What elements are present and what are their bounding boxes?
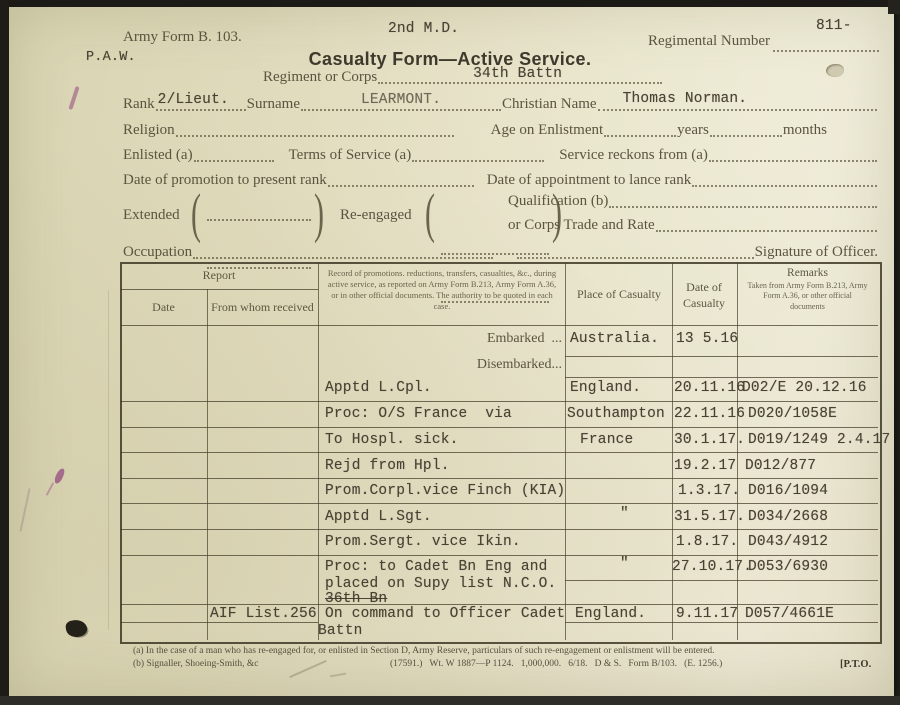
corps-trade-label: or Corps Trade and Rate bbox=[508, 217, 655, 234]
service-reckons-fill bbox=[709, 147, 877, 162]
row-5-record: Rejd from Hpl. bbox=[325, 458, 450, 474]
row-2-record: Apptd L.Cpl. bbox=[325, 380, 432, 396]
scan-corner-notch bbox=[888, 0, 900, 14]
crease-line bbox=[108, 290, 109, 630]
row-6-date: 1.3.17. bbox=[678, 483, 740, 499]
casualty-date-header: Date of Casualty bbox=[676, 280, 732, 311]
row-12-remarks: D057/4661E bbox=[745, 606, 834, 622]
remarks-header: Remarks bbox=[737, 267, 878, 279]
regimental-number-value: 811- bbox=[816, 18, 852, 34]
row-11-record-struck: 36th Bn bbox=[325, 591, 387, 607]
years-fill bbox=[710, 122, 782, 137]
signature-fill bbox=[517, 244, 753, 259]
row-rule bbox=[120, 622, 318, 623]
row-3-date: 22.11.16 bbox=[674, 406, 745, 422]
christian-name-label: Christian Name bbox=[502, 96, 597, 113]
regimental-number-label: Regimental Number bbox=[648, 33, 770, 50]
row-2-place: England. bbox=[570, 380, 641, 396]
signature-label: Signature of Officer. bbox=[755, 244, 878, 261]
extended-brace-close: ) bbox=[314, 184, 324, 247]
place-header: Place of Casualty bbox=[567, 287, 671, 302]
regiment-value: 34th Battn bbox=[473, 66, 562, 82]
row-rule bbox=[565, 580, 878, 581]
row-rule bbox=[565, 356, 878, 357]
extended-fill-top bbox=[207, 206, 311, 221]
enlisted-fill bbox=[194, 147, 274, 162]
row-10-record: placed on Supy list N.C.O. bbox=[325, 576, 556, 592]
row-13-record: Battn bbox=[318, 623, 363, 639]
row-3-record: Proc: O/S France via bbox=[325, 406, 512, 422]
row-rule bbox=[120, 555, 878, 556]
row-7-place: " bbox=[620, 506, 629, 522]
scan-edge-top bbox=[0, 0, 900, 7]
form-number: Army Form B. 103. bbox=[123, 29, 242, 46]
col-divider-date-remarks bbox=[737, 262, 738, 640]
occupation-fill bbox=[193, 244, 493, 259]
row-rule bbox=[120, 529, 878, 530]
christian-name-value: Thomas Norman. bbox=[623, 91, 748, 107]
row-4-date: 30.1.17. bbox=[674, 432, 745, 448]
row-5-date: 19.2.17 bbox=[674, 458, 736, 474]
row-rule bbox=[120, 427, 878, 428]
terms-label: Terms of Service (a) bbox=[289, 147, 412, 164]
col-divider-date-from bbox=[207, 289, 208, 640]
record-header: Record of promotions. reductions, transf… bbox=[326, 268, 558, 312]
promotion-fill bbox=[328, 172, 474, 187]
footnote-a: (a) In the case of a man who has re-enga… bbox=[133, 646, 873, 656]
footnote-b: (b) Signaller, Shoeing-Smith, &c bbox=[133, 659, 258, 669]
corps-trade-line: or Corps Trade and Rate bbox=[508, 217, 878, 234]
surname-fill: LEARMONT. bbox=[301, 96, 501, 111]
extended-label: Extended bbox=[123, 207, 180, 224]
report-header: Report bbox=[120, 268, 318, 283]
christian-name-fill: Thomas Norman. bbox=[598, 96, 877, 111]
row-4-record: To Hospl. sick. bbox=[325, 432, 459, 448]
row-3-place: Southampton bbox=[567, 406, 665, 422]
scan-edge-bottom bbox=[0, 696, 900, 705]
row-6-record: Prom.Corpl.vice Finch (KIA) bbox=[325, 483, 565, 499]
printer-imprint: (17591.) Wt. W 1887—P 1124. 1,000,000. 6… bbox=[390, 659, 722, 669]
row-6-remarks: D016/1094 bbox=[748, 483, 828, 499]
regiment-fill: 34th Battn bbox=[378, 69, 662, 84]
rank-label: Rank bbox=[123, 96, 155, 113]
religion-line: Religion Age on Enlistment years months bbox=[123, 122, 878, 139]
scan-edge-left bbox=[0, 0, 9, 705]
religion-fill bbox=[176, 122, 454, 137]
rank-line: Rank 2/Lieut. Surname LEARMONT. Christia… bbox=[123, 96, 878, 113]
religion-label: Religion bbox=[123, 122, 175, 139]
table-header-bottom-rule bbox=[120, 325, 878, 326]
occupation-label: Occupation bbox=[123, 244, 192, 261]
row-8-record: Prom.Sergt. vice Ikin. bbox=[325, 534, 521, 550]
months-label: months bbox=[783, 122, 827, 139]
row-9-date: 27.10.17. bbox=[672, 559, 752, 575]
surname-value: LEARMONT. bbox=[361, 92, 441, 108]
enlisted-label: Enlisted (a) bbox=[123, 147, 193, 164]
page-title: Casualty Form—Active Service. bbox=[0, 49, 900, 70]
row-7-date: 31.5.17. bbox=[674, 509, 745, 525]
rank-fill: 2/Lieut. bbox=[156, 96, 246, 111]
row-9-record: Proc: to Cadet Bn Eng and bbox=[325, 559, 548, 575]
date-header: Date bbox=[120, 300, 207, 315]
corps-trade-fill bbox=[656, 217, 877, 232]
remarks-subheader: Taken from Army Form B.213, Army Form A.… bbox=[747, 281, 868, 312]
reengaged-label: Re-engaged bbox=[340, 207, 412, 224]
paper-hole bbox=[826, 64, 844, 77]
extended-brace-open: ( bbox=[191, 184, 201, 247]
row-12-from: AIF List.256 bbox=[210, 606, 317, 622]
row-7-remarks: D034/2668 bbox=[748, 509, 828, 525]
from-whom-header: From whom received bbox=[207, 300, 318, 315]
service-reckons-label: Service reckons from (a) bbox=[559, 147, 708, 164]
row-2-remarks: D02/E 20.12.16 bbox=[742, 380, 867, 396]
row-9-place: " bbox=[620, 556, 629, 572]
qualification-label: Qualification (b) bbox=[508, 193, 608, 210]
pto-label: [P.T.O. bbox=[840, 659, 871, 670]
military-district-stamp: 2nd M.D. bbox=[388, 21, 459, 37]
report-underline bbox=[120, 289, 318, 290]
years-label: years bbox=[677, 122, 709, 139]
lance-label: Date of appointment to lance rank bbox=[487, 172, 692, 189]
col-divider-record-place bbox=[565, 262, 566, 640]
enlisted-line: Enlisted (a) Terms of Service (a) Servic… bbox=[123, 147, 878, 164]
row-2-date: 20.11.16 bbox=[674, 380, 745, 396]
row-rule bbox=[120, 401, 878, 402]
row-0-date: 13 5.16 bbox=[676, 331, 738, 347]
row-4-place: France bbox=[580, 432, 633, 448]
occupation-line: Occupation Signature of Officer. bbox=[123, 244, 878, 261]
qualification-fill bbox=[609, 193, 877, 208]
regiment-label: Regiment or Corps bbox=[263, 69, 377, 86]
qualification-line: Qualification (b) bbox=[508, 193, 878, 210]
regiment-line: Regiment or Corps 34th Battn bbox=[263, 69, 663, 86]
row-rule bbox=[565, 377, 878, 378]
row-12-place: England. bbox=[575, 606, 646, 622]
promotion-line: Date of promotion to present rank Date o… bbox=[123, 172, 878, 189]
row-rule bbox=[120, 604, 878, 605]
row-rule bbox=[120, 503, 878, 504]
col-divider-from-record bbox=[318, 262, 319, 640]
row-rule bbox=[565, 622, 878, 623]
row-8-date: 1.8.17. bbox=[676, 534, 738, 550]
row-3-remarks: D020/1058E bbox=[748, 406, 837, 422]
row-12-date: 9.11.17 bbox=[676, 606, 738, 622]
row-7-record: Apptd L.Sgt. bbox=[325, 509, 432, 525]
row-4-remarks: D019/1249 2.4.17 bbox=[748, 432, 890, 448]
col-divider-place-date bbox=[672, 262, 673, 640]
row-5-remarks: D012/877 bbox=[745, 458, 816, 474]
age-fill bbox=[604, 122, 676, 137]
promotion-label: Date of promotion to present rank bbox=[123, 172, 327, 189]
row-9-remarks: D053/6930 bbox=[748, 559, 828, 575]
lance-fill bbox=[692, 172, 877, 187]
terms-fill bbox=[412, 147, 544, 162]
row-8-remarks: D043/4912 bbox=[748, 534, 828, 550]
surname-label: Surname bbox=[247, 96, 300, 113]
row-rule bbox=[120, 452, 878, 453]
row-0-printed-label: Embarked ... bbox=[430, 331, 562, 347]
age-label: Age on Enlistment bbox=[491, 122, 604, 139]
row-12-record: On command to Officer Cadet bbox=[325, 606, 565, 622]
reengaged-brace-open: ( bbox=[425, 184, 435, 247]
row-0-place: Australia. bbox=[570, 331, 659, 347]
rank-value: 2/Lieut. bbox=[158, 92, 229, 108]
row-1-printed-label: Disembarked... bbox=[430, 357, 562, 373]
row-rule bbox=[120, 478, 878, 479]
